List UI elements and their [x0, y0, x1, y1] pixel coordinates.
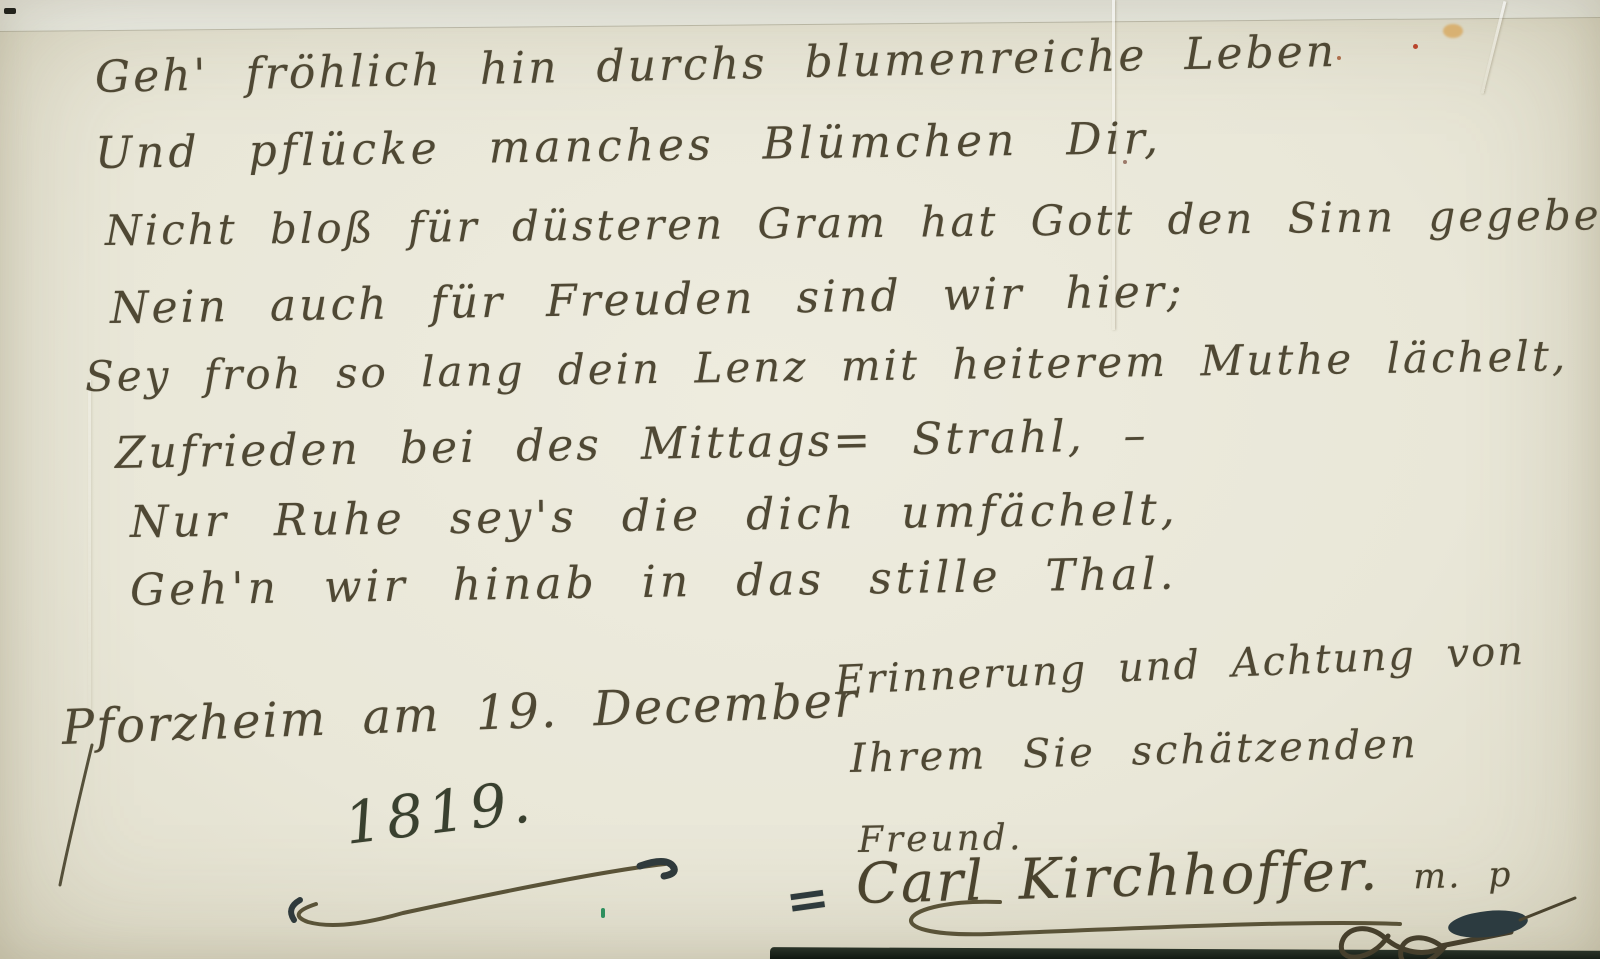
stain-spot	[1443, 24, 1463, 38]
stain-speck	[1413, 44, 1418, 49]
poem-line-2: Und pflücke manches Blümchen Dir,	[95, 113, 1163, 179]
stain-speck	[1337, 56, 1341, 60]
closing-line-2: Ihrem Sie schätzenden	[849, 721, 1419, 782]
poem-line-3: Nicht bloß für düsteren Gram hat Gott de…	[105, 190, 1600, 255]
signature-dash-mark: =	[782, 866, 834, 932]
closing-line-1: Erinnerung und Achtung von	[834, 628, 1526, 704]
poem-line-6: Zufrieden bei des Mittags= Strahl, –	[115, 410, 1149, 479]
paper-top-edge	[0, 0, 1600, 32]
poem-line-5: Sey froh so lang dein Lenz mit heiterem …	[85, 331, 1569, 401]
poem-line-7: Nur Ruhe sey's die dich umfächelt,	[130, 484, 1179, 548]
manuscript-scan: Geh' fröhlich hin durchs blumenreiche Le…	[0, 0, 1600, 959]
poem-line-8: Geh'n wir hinab in das stille Thal.	[130, 549, 1178, 616]
edge-mark	[4, 8, 16, 14]
dateline-place: Pforzheim am 19. December	[61, 672, 860, 756]
date-underline-flourish	[280, 842, 710, 932]
poem-line-1: Geh' fröhlich hin durchs blumenreiche Le…	[94, 26, 1337, 103]
descender-stroke	[50, 745, 130, 895]
signature-flourish	[840, 880, 1580, 959]
faint-crease-left	[88, 380, 91, 710]
poem-line-4: Nein auch für Freuden sind wir hier;	[110, 266, 1185, 334]
